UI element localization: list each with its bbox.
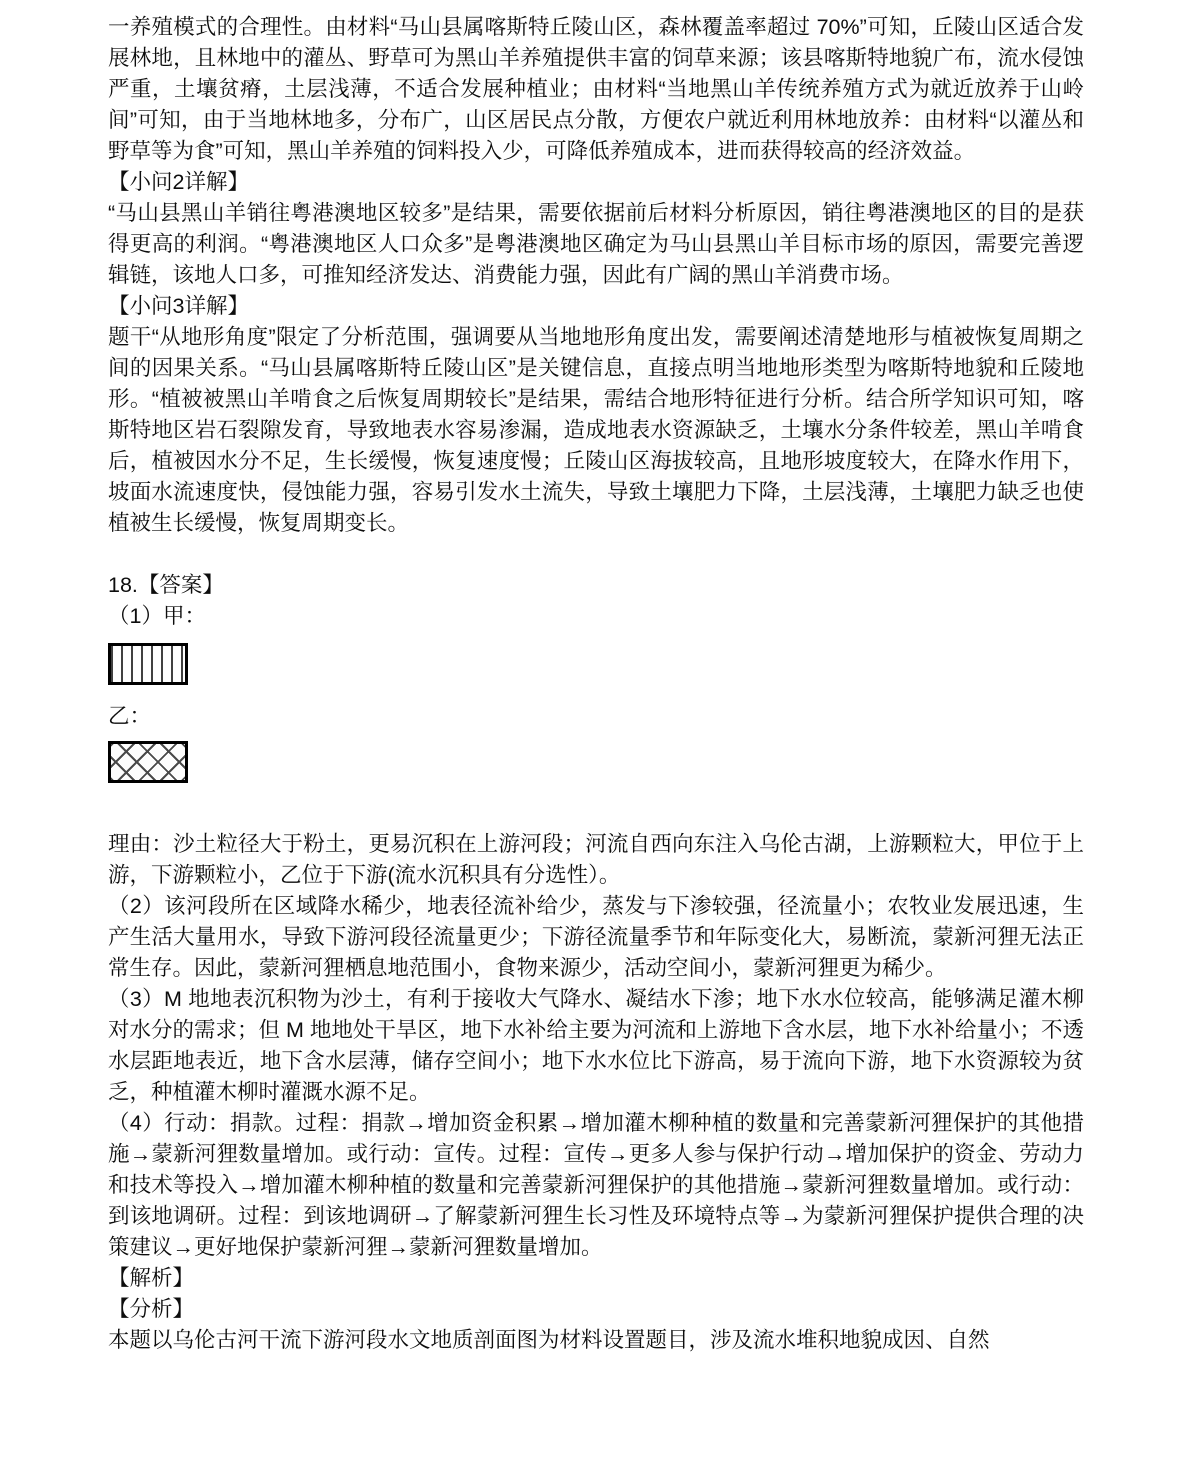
q18-yi-label: 乙： (108, 701, 1084, 732)
q18-part2-paragraph: （2）该河段所在区域降水稀少，地表径流补给少，蒸发与下渗较强，径流量小；农牧业发… (108, 891, 1084, 984)
q18-analysis-subheading: 【分析】 (108, 1294, 1084, 1325)
q17-subq3-heading: 【小问3详解】 (108, 291, 1084, 322)
q18-analysis-heading: 【解析】 (108, 1263, 1084, 1294)
document-text-column: 一养殖模式的合理性。由材料“马山县属喀斯特丘陵山区，森林覆盖率超过 70%”可知… (108, 12, 1084, 1356)
q17-subq3-paragraph: 题干“从地形角度”限定了分析范围，强调要从当地地形角度出发，需要阐述清楚地形与植… (108, 322, 1084, 539)
q18-part1-reason-paragraph: 理由：沙土粒径大于粉土，更易沉积在上游河段；河流自西向东注入乌伦古湖，上游颗粒大… (108, 829, 1084, 891)
q18-analysis-intro-paragraph: 本题以乌伦古河干流下游河段水文地质剖面图为材料设置题目，涉及流水堆积地貌成因、自… (108, 1325, 1084, 1356)
q18-part1-label: （1）甲： (108, 601, 1084, 632)
q17-paragraph-1-continuation: 一养殖模式的合理性。由材料“马山县属喀斯特丘陵山区，森林覆盖率超过 70%”可知… (108, 12, 1084, 167)
q18-part4-paragraph: （4）行动：捐款。过程：捐款→增加资金积累→增加灌木柳种植的数量和完善蒙新河狸保… (108, 1108, 1084, 1263)
q17-subq2-paragraph: “马山县黑山羊销往粤港澳地区较多”是结果，需要依据前后材料分析原因，销往粤港澳地… (108, 198, 1084, 291)
document-page: 一养殖模式的合理性。由材料“马山县属喀斯特丘陵山区，森林覆盖率超过 70%”可知… (0, 0, 1190, 1466)
q17-subq2-heading: 【小问2详解】 (108, 167, 1084, 198)
q18-answer-heading: 18.【答案】 (108, 570, 1084, 601)
yi-diagonal-crosshatch-pattern-swatch (108, 741, 188, 783)
jia-vertical-stripes-pattern-swatch (108, 643, 188, 685)
q18-part3-paragraph: （3）M 地地表沉积物为沙土，有利于接收大气降水、凝结水下渗；地下水水位较高，能… (108, 984, 1084, 1108)
